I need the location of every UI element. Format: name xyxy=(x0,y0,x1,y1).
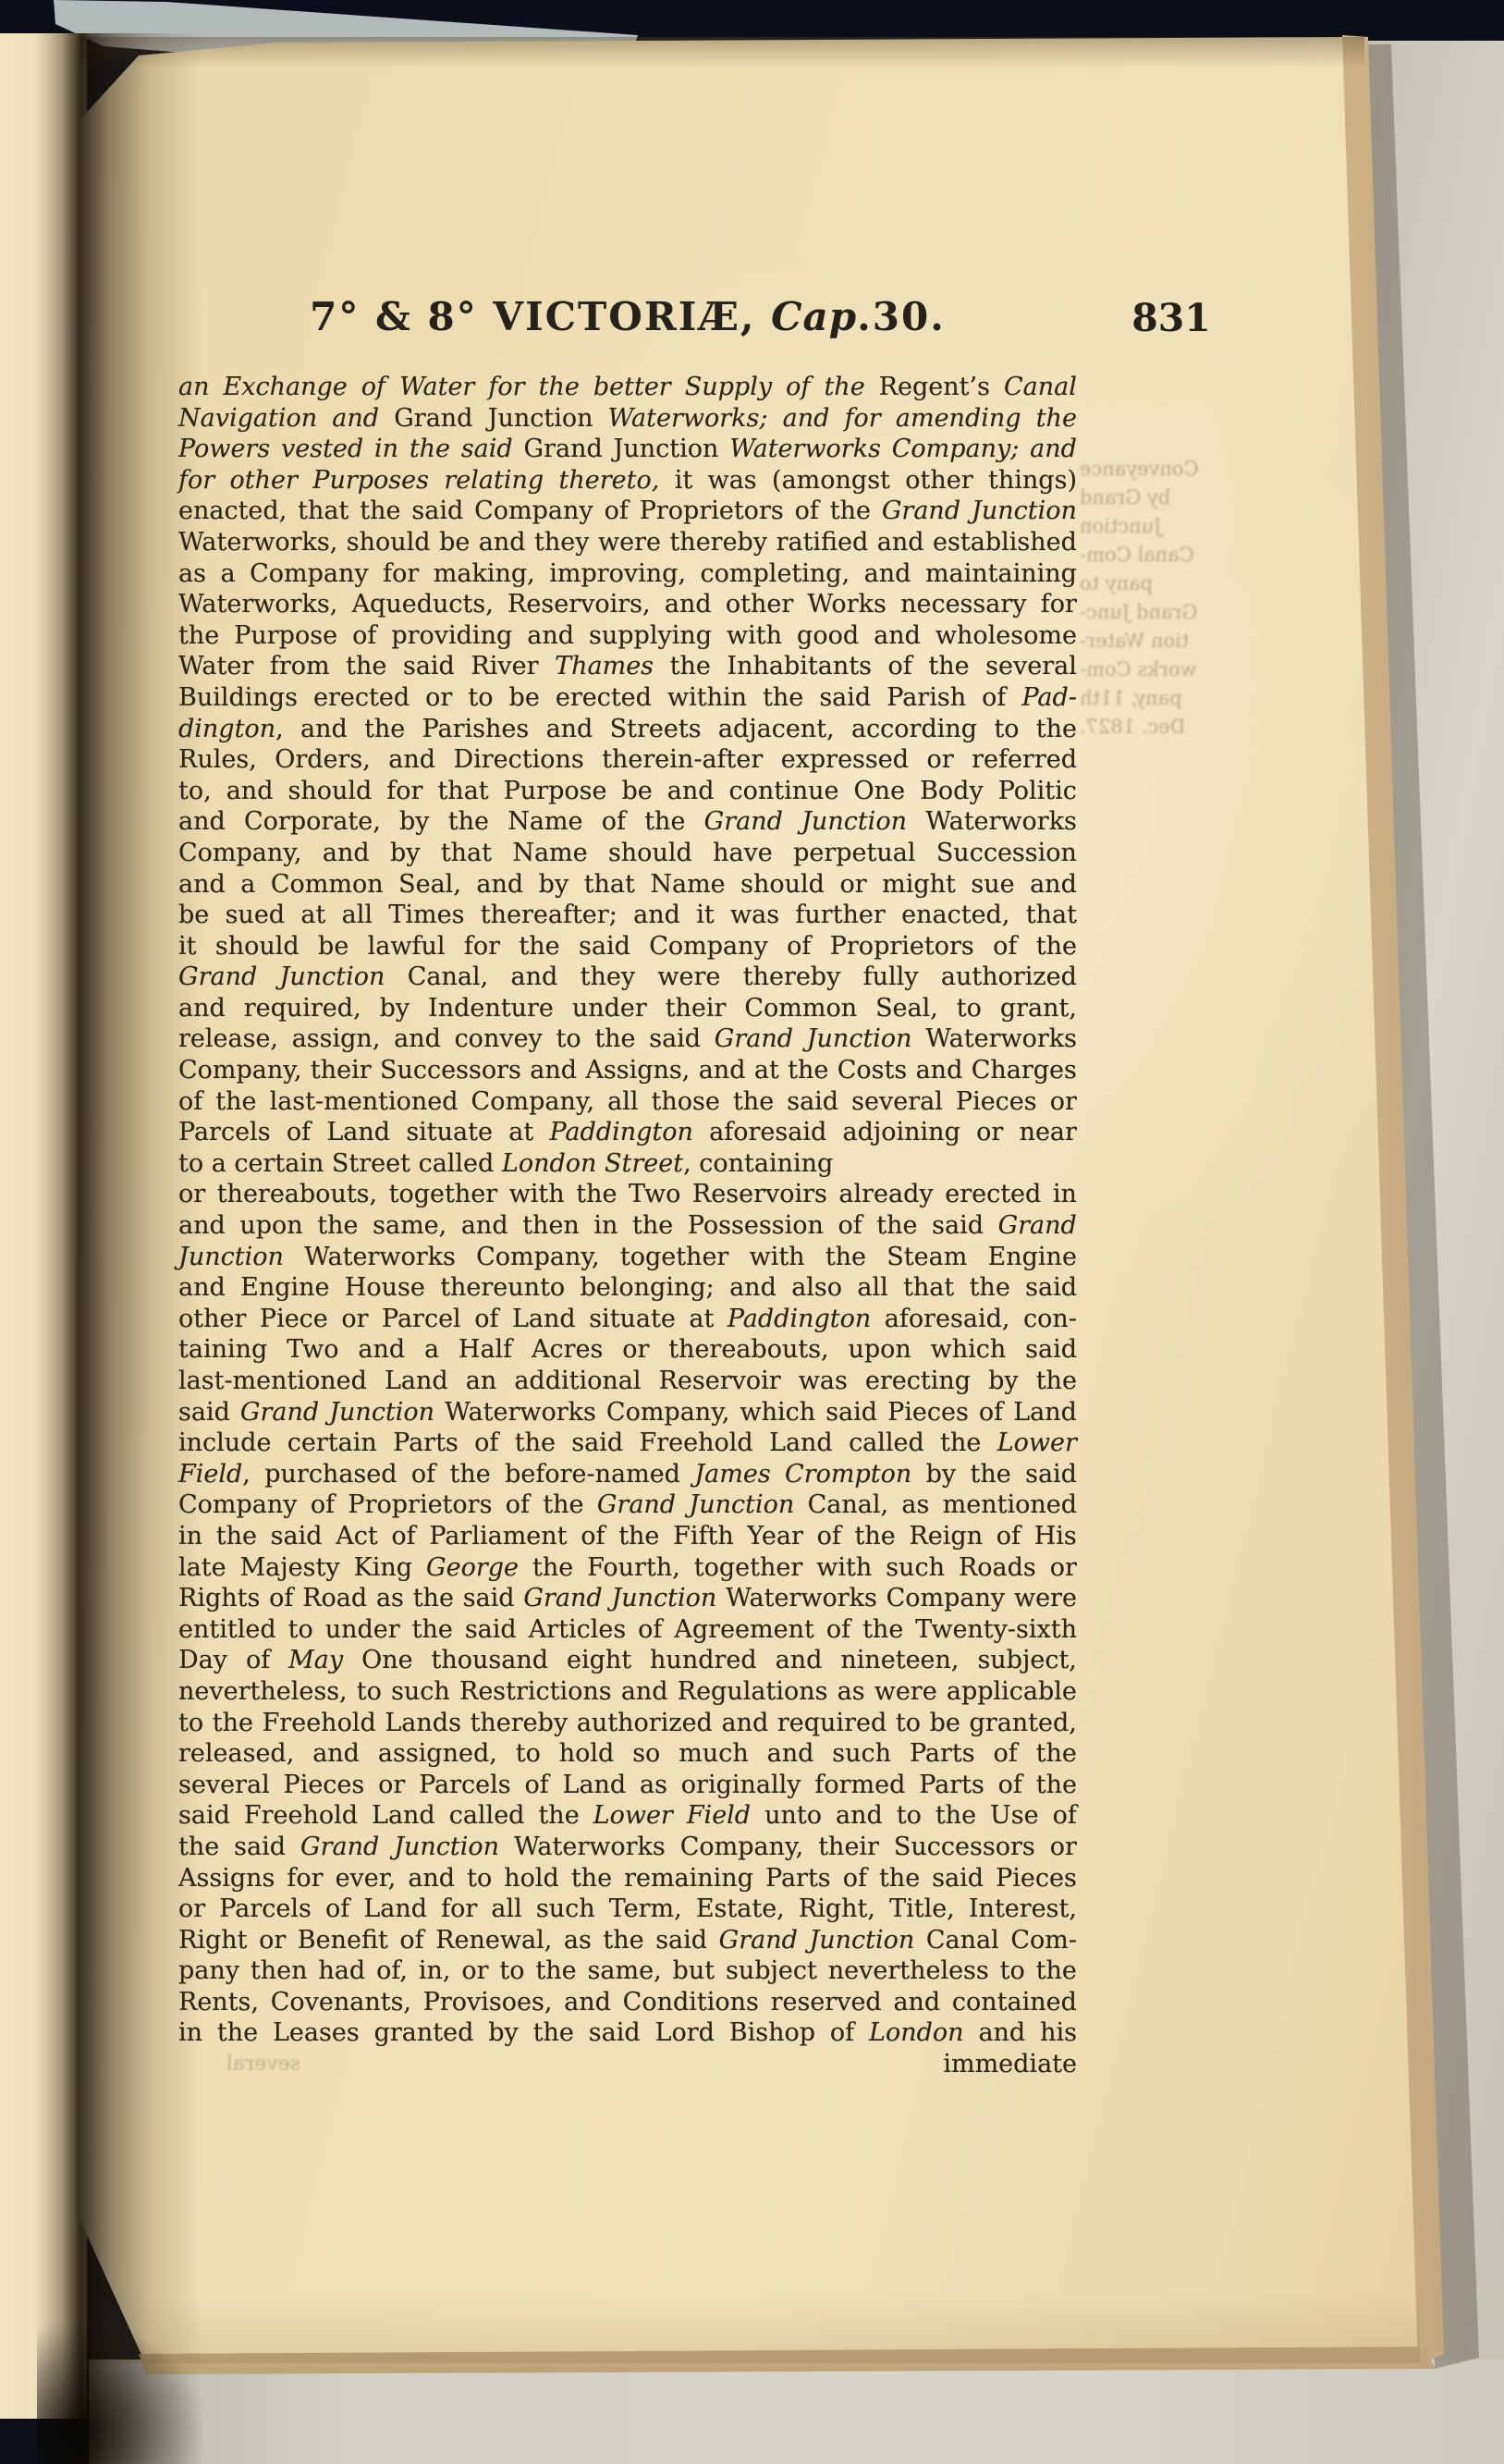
text-line: severalPiecesorParcelsofLandasoriginally… xyxy=(178,1770,1077,1801)
text-line: GrandJunctionCanal,andtheyweretherebyful… xyxy=(178,962,1077,993)
text-line: nevertheless,tosuchRestrictionsandRegula… xyxy=(178,1676,1077,1708)
text-line: WaterfromthesaidRiverThamestheInhabitant… xyxy=(178,651,1077,682)
gutter-bottom-shadow xyxy=(37,2247,277,2464)
text-line: panythenhadof,in,ortothesame,butsubjectn… xyxy=(178,1955,1077,1987)
text-line: inthesaidActofParliamentoftheFifthYearof… xyxy=(178,1521,1077,1552)
showthrough-note-line: Grand Junc- xyxy=(1080,598,1218,627)
showthrough-note-line: pany, 11th xyxy=(1080,684,1218,713)
page-number: 831 xyxy=(1111,296,1231,340)
chapter-number: .30. xyxy=(857,294,946,339)
text-line: Company,andbythatNameshouldhaveperpetual… xyxy=(178,838,1077,869)
showthrough-note-line: Junction xyxy=(1080,512,1218,541)
showthrough-note-line: by Grand xyxy=(1080,484,1218,512)
chapter-abbrev: Cap xyxy=(771,294,857,339)
showthrough-margin-note: Conveyanceby GrandJunctionCanal Com-pany… xyxy=(1080,455,1218,742)
text-line: Buildingserectedortobeerectedwithinthesa… xyxy=(178,682,1077,714)
text-line: DayofMayOnethousandeighthundredandninete… xyxy=(178,1645,1077,1676)
text-line: andEngineHousethereuntobelonging;andalso… xyxy=(178,1272,1077,1304)
text-line: thesaidGrandJunctionWaterworksCompany,th… xyxy=(178,1832,1077,1863)
text-line: PowersvestedinthesaidGrandJunctionWaterw… xyxy=(178,434,1077,465)
text-line: ParcelsofLandsituateatPaddingtonaforesai… xyxy=(178,1117,1077,1148)
text-line: NavigationandGrandJunctionWaterworks;and… xyxy=(178,403,1077,435)
text-line: orParcelsofLandforallsuchTerm,Estate,Rig… xyxy=(178,1894,1077,1925)
showthrough-note-line: tion Water- xyxy=(1080,627,1218,656)
text-line: Assignsforever,andtoholdtheremainingPart… xyxy=(178,1863,1077,1894)
text-line: entitledtounderthesaidArticlesofAgreemen… xyxy=(178,1614,1077,1646)
text-line: tainingTwoandaHalfAcresorthereabouts,upo… xyxy=(178,1334,1077,1366)
text-line: Waterworks,shouldbeandtheyweretherebyrat… xyxy=(178,527,1077,558)
text-line: dington,andtheParishesandStreetsadjacent… xyxy=(178,714,1077,745)
text-line: release,assign,andconveytothesaidGrandJu… xyxy=(178,1024,1077,1055)
text-line: to,andshouldforthatPurposebeandcontinueO… xyxy=(178,776,1077,807)
text-line: Field,purchasedofthebefore-namedJamesCro… xyxy=(178,1459,1077,1490)
text-line: CompanyofProprietorsoftheGrandJunctionCa… xyxy=(178,1489,1077,1521)
text-line: asaCompanyformaking,improving,completing… xyxy=(178,558,1077,590)
page-bottom-shadow xyxy=(89,2293,1420,2363)
text-line: enacted,thatthesaidCompanyofProprietorso… xyxy=(178,496,1077,527)
text-line: RightorBenefitofRenewal,asthesaidGrandJu… xyxy=(178,1925,1077,1956)
showthrough-note-line: Conveyance xyxy=(1080,455,1218,484)
text-line: thePurposeofprovidingandsupplyingwithgoo… xyxy=(178,620,1077,652)
showthrough-note-line: Dec. 1827. xyxy=(1080,713,1218,742)
text-line: orthereabouts,togetherwiththeTwoReservoi… xyxy=(178,1179,1077,1210)
text-line: Company,theirSuccessorsandAssigns,andatt… xyxy=(178,1055,1077,1086)
text-line: andrequired,byIndentureundertheirCommonS… xyxy=(178,993,1077,1024)
book-scan-scene: Conveyanceby GrandJunctionCanal Com-pany… xyxy=(0,0,1504,2464)
text-line: otherPieceorParcelofLandsituateatPadding… xyxy=(178,1304,1077,1335)
text-line: Waterworks,Aqueducts,Reservoirs,andother… xyxy=(178,589,1077,620)
text-line: andaCommonSeal,andbythatNameshouldormigh… xyxy=(178,869,1077,901)
text-line: Rules,Orders,andDirectionstherein-aftere… xyxy=(178,744,1077,776)
text-line: andCorporate,bytheNameoftheGrandJunction… xyxy=(178,806,1077,838)
underlying-page-bottom xyxy=(89,2360,1504,2464)
running-header: 7° & 8° VICTORIÆ, Cap.30. xyxy=(178,294,1077,339)
text-line: JunctionWaterworksCompany,togetherwithth… xyxy=(178,1242,1077,1273)
text-line: saidFreeholdLandcalledtheLowerFielduntoa… xyxy=(178,1800,1077,1832)
regnal-year: 7° & 8° VICTORIÆ, xyxy=(310,294,771,339)
gutter-shadow xyxy=(35,33,203,2464)
text-line: anExchangeofWaterforthebetterSupplyofthe… xyxy=(178,372,1077,403)
text-line: includecertainPartsofthesaidFreeholdLand… xyxy=(178,1428,1077,1459)
catchword: immediate xyxy=(178,2050,1077,2078)
text-line: saidGrandJunctionWaterworksCompany,which… xyxy=(178,1397,1077,1428)
text-line: besuedatallTimesthereafter;anditwasfurth… xyxy=(178,900,1077,931)
showthrough-note-line: pany to xyxy=(1080,570,1218,598)
text-line: last-mentionedLandanadditionalReservoirw… xyxy=(178,1366,1077,1397)
text-line: lateMajestyKingGeorgetheFourth,togetherw… xyxy=(178,1552,1077,1584)
text-line: totheFreeholdLandstherebyauthorizedandre… xyxy=(178,1708,1077,1739)
showthrough-note-line: works Com- xyxy=(1080,656,1218,684)
text-line: to a certain Street called London Street… xyxy=(178,1148,1077,1180)
showthrough-note-line: Canal Com- xyxy=(1080,541,1218,570)
text-line: RightsofRoadasthesaidGrandJunctionWaterw… xyxy=(178,1583,1077,1614)
text-line: itshouldbelawfulforthesaidCompanyofPropr… xyxy=(178,931,1077,962)
text-line: forotherPurposesrelatingthereto,itwas(am… xyxy=(178,465,1077,496)
page-top-shadow xyxy=(79,37,1364,68)
text-line: Rents,Covenants,Provisoes,andConditionsr… xyxy=(178,1987,1077,2018)
text-line: ofthelast-mentionedCompany,allthosethesa… xyxy=(178,1086,1077,1118)
text-line: released,andassigned,toholdsomuchandsuch… xyxy=(178,1738,1077,1770)
text-line: anduponthesame,andtheninthePossessionoft… xyxy=(178,1210,1077,1242)
text-line: intheLeasesgrantedbythesaidLordBishopofL… xyxy=(178,2017,1077,2049)
body-text: anExchangeofWaterforthebetterSupplyofthe… xyxy=(178,372,1077,2049)
